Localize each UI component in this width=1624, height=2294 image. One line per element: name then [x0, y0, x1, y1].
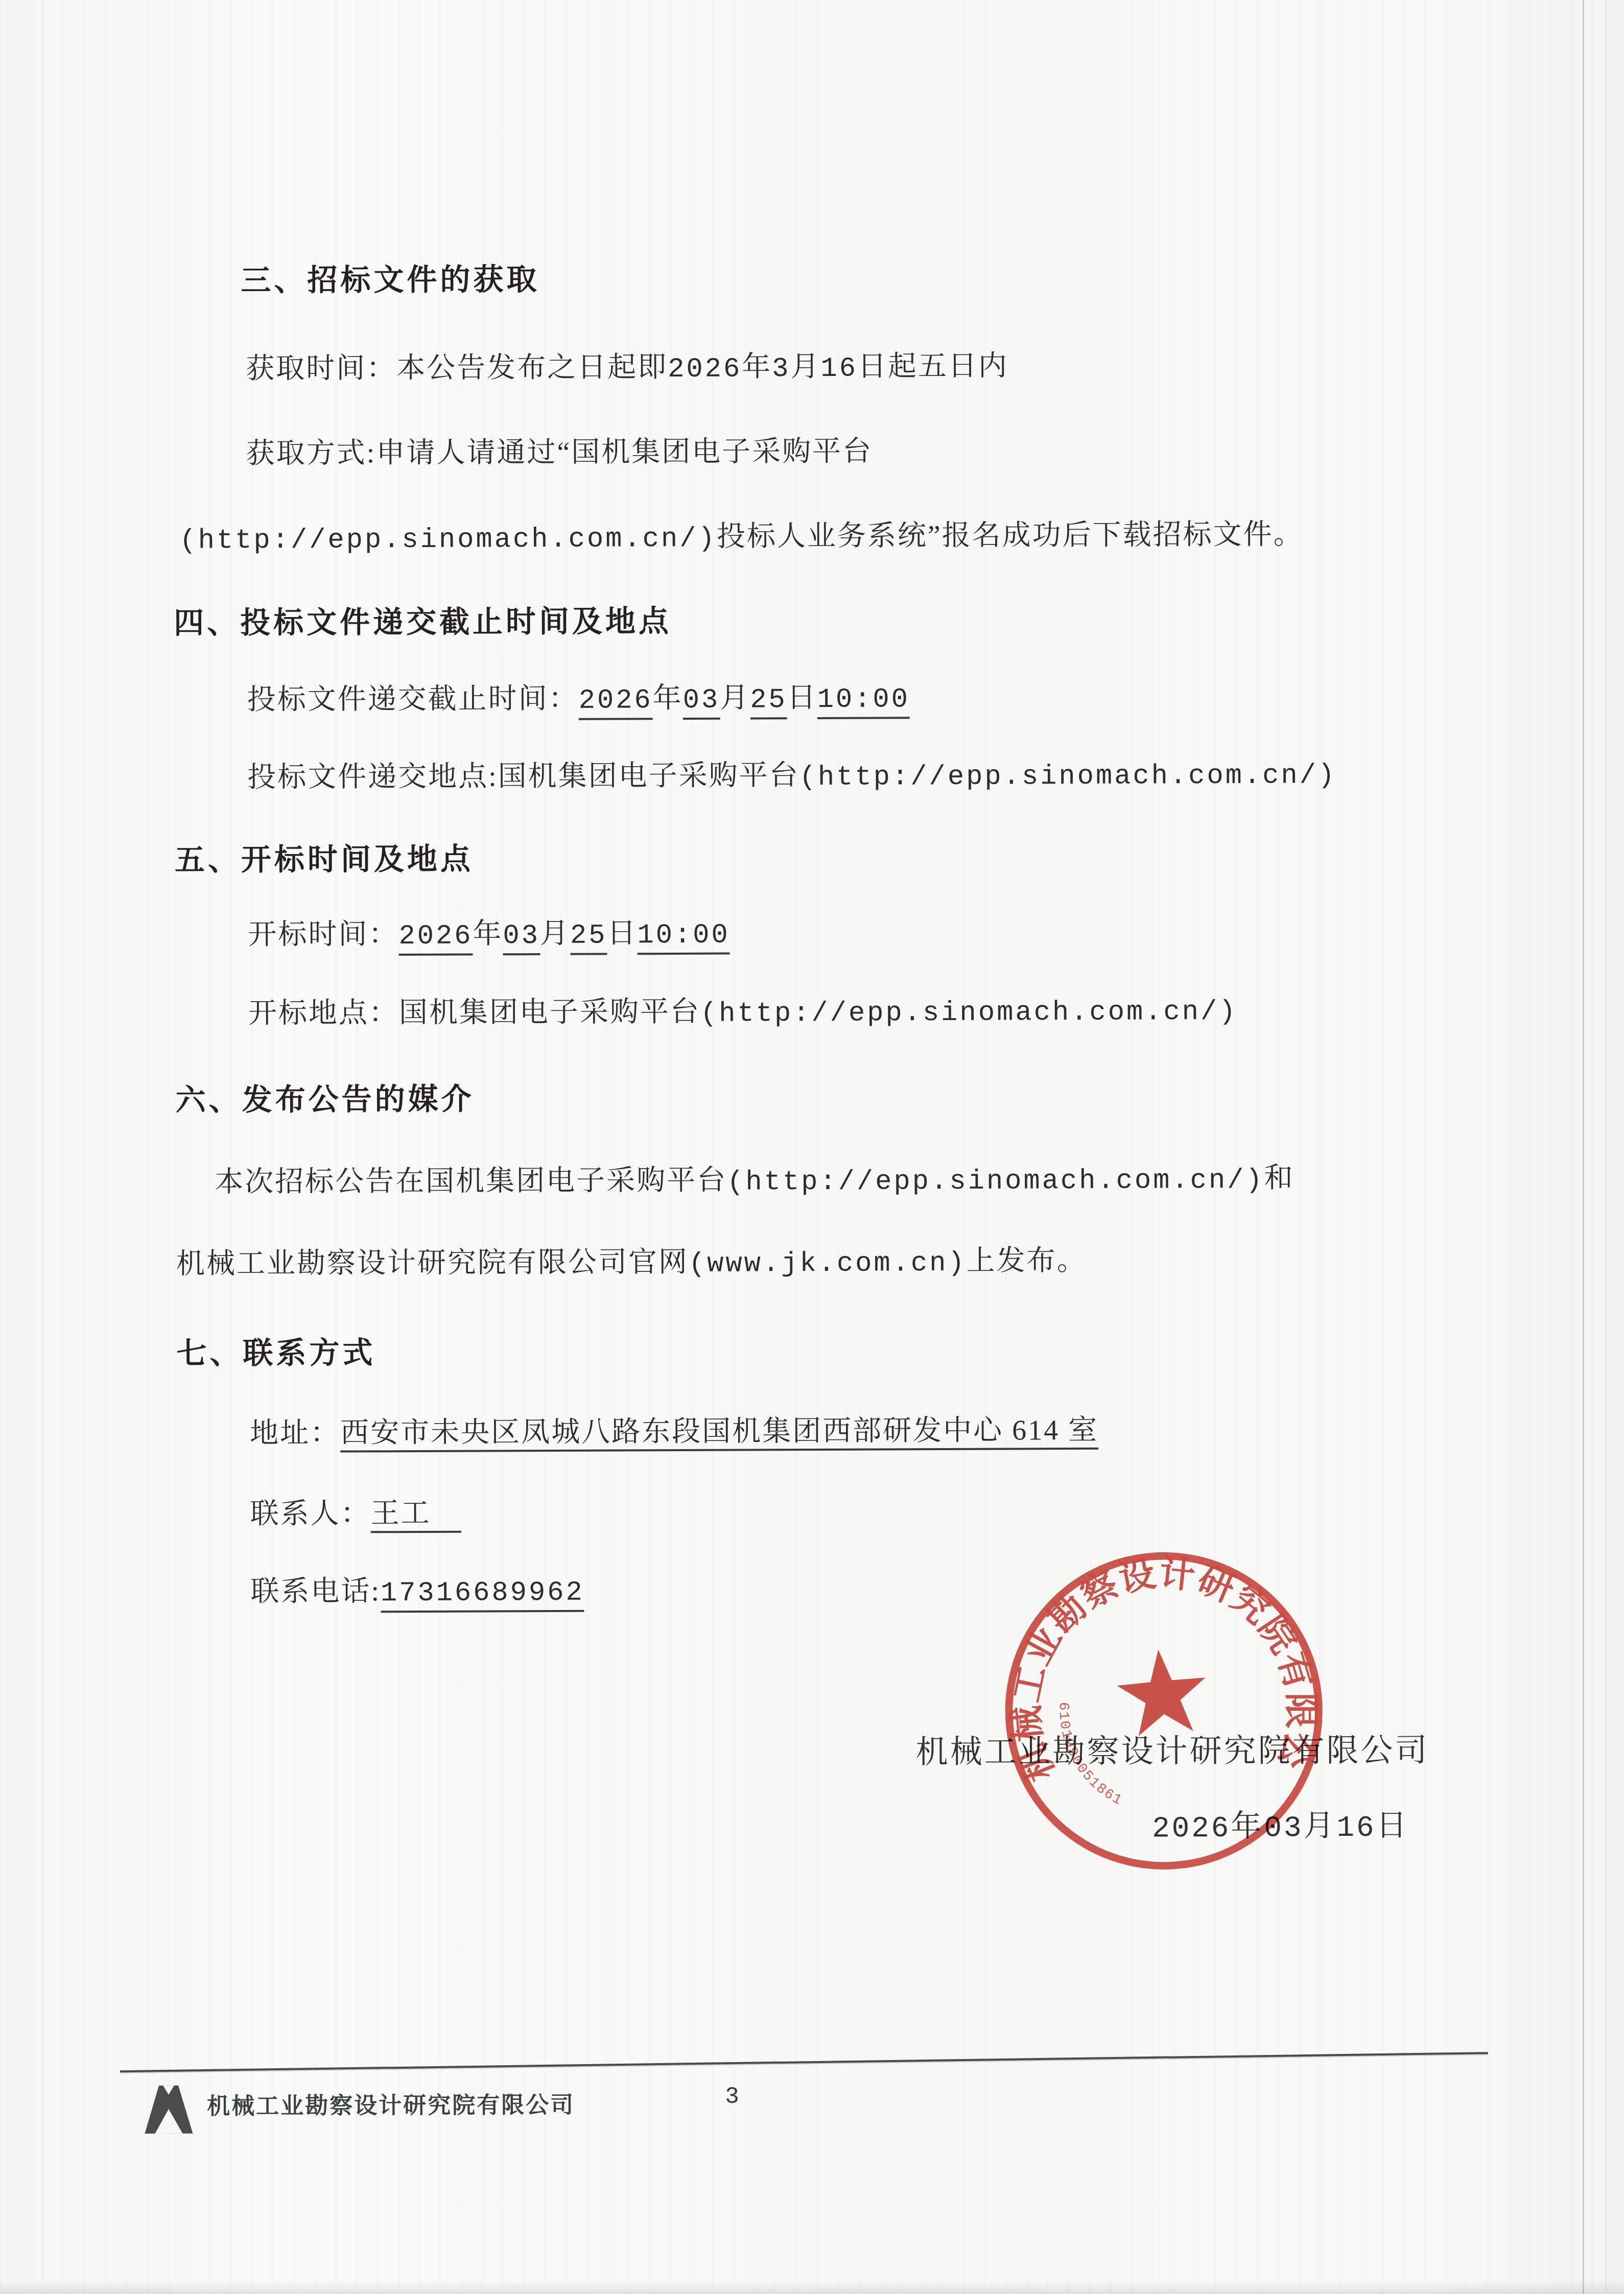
footer-page-number: 3	[725, 2084, 739, 2110]
section-heading-4: 四、投标文件递交截止时间及地点	[174, 606, 672, 638]
footer-company-name: 机械工业勘察设计研究院有限公司	[207, 2086, 575, 2121]
submission-place-line: 投标文件递交地点:国机集团电子采购平台(http://epp.sinomach.…	[247, 759, 1336, 794]
contact-person-line: 联系人： 王工	[250, 1499, 461, 1534]
page-content: 三、招标文件的获取 获取时间：本公告发布之日起即 2026 年 3 月 16 日…	[0, 0, 1624, 2294]
contact-phone-line: 联系电话: 17316689962	[250, 1576, 584, 1613]
star-icon	[1114, 1645, 1210, 1737]
obtain-method-continuation-line: (http://epp.sinomach.com.cn/) 投标人业务系统”报名…	[179, 520, 1303, 555]
section-heading-6: 六、发布公告的媒介	[176, 1084, 475, 1116]
bid-opening-place-line: 开标地点：国机集团电子采购平台 (http://epp.sinomach.com…	[248, 996, 1238, 1030]
announcement-media-line-1: 本次招标公告在国机集团电子采购平台 (http://epp.sinomach.c…	[215, 1164, 1295, 1198]
scan-edge-artifact-2	[1606, 0, 1607, 2294]
footer-divider-line	[120, 2052, 1488, 2072]
scan-edge-artifact	[1583, 0, 1584, 2294]
scanned-document-page: 三、招标文件的获取 获取时间：本公告发布之日起即 2026 年 3 月 16 日…	[0, 0, 1624, 2294]
mountain-logo-icon	[140, 2083, 197, 2136]
obtain-time-line: 获取时间：本公告发布之日起即 2026 年 3 月 16 日起五日内	[246, 352, 1008, 385]
bid-opening-time-line: 开标时间：2026 年 03 月 25 日 10:00	[248, 919, 730, 956]
section-heading-7: 七、联系方式	[176, 1338, 375, 1368]
seal-graphic: 机械工业勘察设计研究院有限公司 6101990051861	[983, 1530, 1345, 1892]
obtain-method-line: 获取方式:申请人请通过“国机集团电子采购平台	[246, 437, 873, 468]
address-line: 地址：西安市未央区凤城八路东段国机集团西部研发中心 614 室	[250, 1416, 1098, 1453]
announcement-media-line-2: 机械工业勘察设计研究院有限公司官网 (www.jk.com.cn) 上发布。	[176, 1246, 1087, 1281]
official-seal-stamp: 机械工业勘察设计研究院有限公司 6101990051861	[983, 1530, 1345, 1892]
svg-text:6101990051861: 6101990051861	[1054, 1696, 1126, 1814]
seal-serial-number: 6101990051861	[1054, 1696, 1126, 1814]
section-heading-3: 三、招标文件的获取	[241, 265, 539, 296]
scan-bottom-shadow	[0, 2281, 1624, 2294]
section-heading-5: 五、开标时间及地点	[175, 844, 474, 876]
submission-deadline-line: 投标文件递交截止时间：2026 年 03 月 25 日 10:00	[247, 683, 910, 721]
